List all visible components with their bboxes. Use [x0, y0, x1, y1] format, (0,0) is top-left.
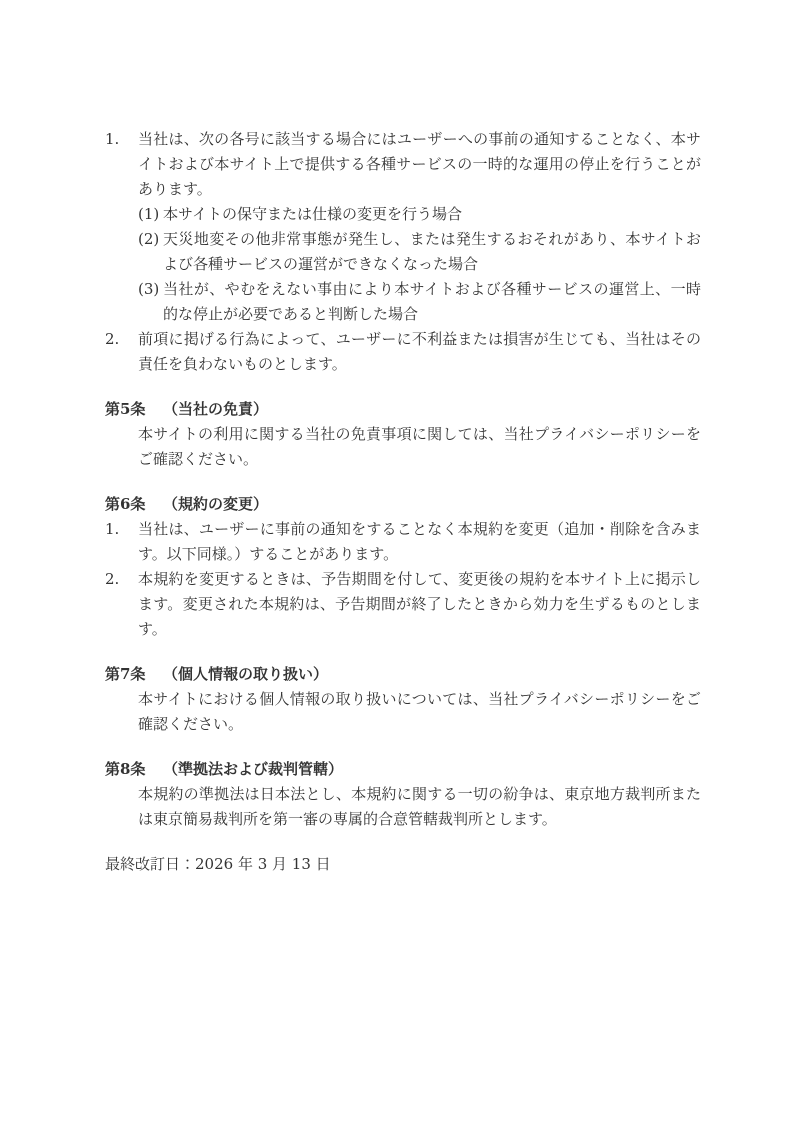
article-6-number: 第6条	[105, 492, 163, 517]
article-6-item-1: 1. 当社は、ユーザーに事前の通知をすることなく本規約を変更（追加・削除を含みま…	[105, 517, 701, 567]
list-item-1-number: 1.	[105, 127, 138, 152]
article-6-item-2-text: 本規約を変更するときは、予告期間を付して、変更後の規約を本サイト上に掲示します。…	[138, 567, 701, 642]
article-7-title: （個人情報の取り扱い）	[163, 662, 701, 687]
sub-item-1-number: (1)	[138, 202, 163, 227]
section-article-8: 第8条 （準拠法および裁判管轄） 本規約の準拠法は日本法とし、本規約に関する一切…	[105, 757, 701, 832]
sub-item-1: (1) 本サイトの保守または仕様の変更を行う場合	[105, 202, 701, 227]
article-7-heading: 第7条 （個人情報の取り扱い）	[105, 662, 701, 687]
sub-item-3-number: (3)	[138, 277, 163, 302]
sub-item-3: (3) 当社が、やむをえない事由により本サイトおよび各種サービスの運営上、一時的…	[105, 277, 701, 327]
article-8-number: 第8条	[105, 757, 163, 782]
sub-item-2-number: (2)	[138, 227, 163, 252]
article-5-number: 第5条	[105, 397, 163, 422]
list-item-1: 1. 当社は、次の各号に該当する場合にはユーザーへの事前の通知することなく、本サ…	[105, 127, 701, 202]
article-6-item-1-number: 1.	[105, 517, 138, 542]
article-7-number: 第7条	[105, 662, 163, 687]
last-revised-date: 最終改訂日：2026 年 3 月 13 日	[105, 852, 701, 877]
section-article-7: 第7条 （個人情報の取り扱い） 本サイトにおける個人情報の取り扱いについては、当…	[105, 662, 701, 737]
article-6-item-2: 2. 本規約を変更するときは、予告期間を付して、変更後の規約を本サイト上に掲示し…	[105, 567, 701, 642]
article-8-heading: 第8条 （準拠法および裁判管轄）	[105, 757, 701, 782]
list-item-1-text: 当社は、次の各号に該当する場合にはユーザーへの事前の通知することなく、本サイトお…	[138, 127, 701, 202]
article-6-heading: 第6条 （規約の変更）	[105, 492, 701, 517]
article-6-title: （規約の変更）	[163, 492, 701, 517]
sub-item-3-text: 当社が、やむをえない事由により本サイトおよび各種サービスの運営上、一時的な停止が…	[163, 277, 701, 327]
sub-item-1-text: 本サイトの保守または仕様の変更を行う場合	[163, 202, 701, 227]
section-article-5: 第5条 （当社の免責） 本サイトの利用に関する当社の免責事項に関しては、当社プラ…	[105, 397, 701, 472]
article-7-body: 本サイトにおける個人情報の取り扱いについては、当社プライバシーポリシーをご確認く…	[138, 687, 701, 737]
sub-item-2-text: 天災地変その他非常事態が発生し、または発生するおそれがあり、本サイトおよび各種サ…	[163, 227, 701, 277]
list-item-2-text: 前項に掲げる行為によって、ユーザーに不利益または損害が生じても、当社はその責任を…	[138, 327, 701, 377]
list-item-2: 2. 前項に掲げる行為によって、ユーザーに不利益または損害が生じても、当社はその…	[105, 327, 701, 377]
article-6-item-2-number: 2.	[105, 567, 138, 592]
sub-item-2: (2) 天災地変その他非常事態が発生し、または発生するおそれがあり、本サイトおよ…	[105, 227, 701, 277]
article-5-body: 本サイトの利用に関する当社の免責事項に関しては、当社プライバシーポリシーをご確認…	[138, 422, 701, 472]
article-5-heading: 第5条 （当社の免責）	[105, 397, 701, 422]
terms-document-page: 1. 当社は、次の各号に該当する場合にはユーザーへの事前の通知することなく、本サ…	[0, 0, 790, 1124]
list-item-2-number: 2.	[105, 327, 138, 352]
article-8-body: 本規約の準拠法は日本法とし、本規約に関する一切の紛争は、東京地方裁判所または東京…	[138, 782, 701, 832]
article-5-title: （当社の免責）	[163, 397, 701, 422]
section-article-6: 第6条 （規約の変更） 1. 当社は、ユーザーに事前の通知をすることなく本規約を…	[105, 492, 701, 642]
article-8-title: （準拠法および裁判管轄）	[163, 757, 701, 782]
article-6-item-1-text: 当社は、ユーザーに事前の通知をすることなく本規約を変更（追加・削除を含みます。以…	[138, 517, 701, 567]
document-content: 1. 当社は、次の各号に該当する場合にはユーザーへの事前の通知することなく、本サ…	[105, 127, 701, 877]
